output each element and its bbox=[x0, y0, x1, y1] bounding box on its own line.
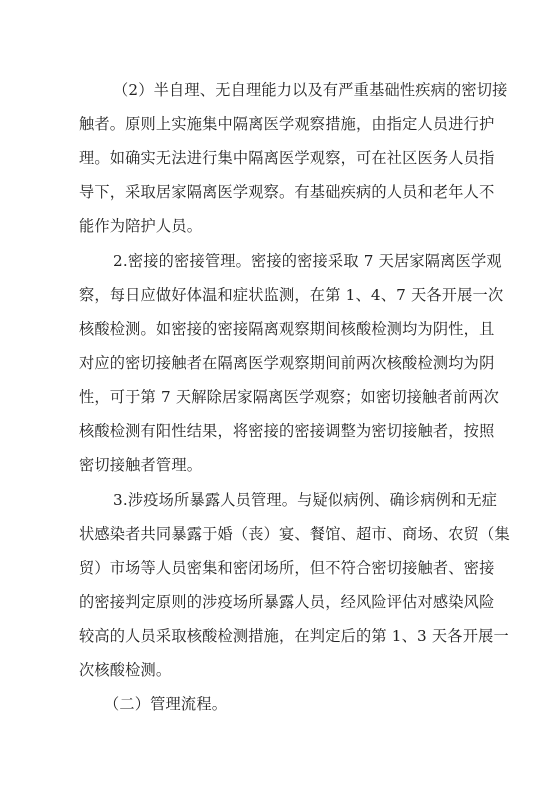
text-line: 状感染者共同暴露于婚（丧）宴、餐馆、超市、商场、农贸（集 bbox=[79, 524, 481, 544]
text-line: 较高的人员采取核酸检测措施，在判定后的第 1、3 天各开展一 bbox=[79, 626, 481, 646]
text-line: 性，可于第 7 天解除居家隔离医学观察；如密切接触者前两次 bbox=[79, 387, 481, 407]
text-line: 的密接判定原则的涉疫场所暴露人员，经风险评估对感染风险 bbox=[79, 592, 481, 612]
document-page: （2）半自理、无自理能力以及有严重基础性疾病的密切接 触者。原则上实施集中隔离医… bbox=[0, 0, 559, 793]
text-line: 2.密接的密接管理。密接的密接采取 7 天居家隔离医学观 bbox=[113, 251, 481, 271]
text-line: 密切接触者管理。 bbox=[79, 455, 481, 475]
section-heading: （二）管理流程。 bbox=[104, 694, 472, 714]
text-line: 理。如确实无法进行集中隔离医学观察，可在社区医务人员指 bbox=[79, 148, 481, 168]
text-line: 能作为陪护人员。 bbox=[79, 216, 481, 236]
text-line: 对应的密切接触者在隔离医学观察期间前两次核酸检测均为阴 bbox=[79, 353, 481, 373]
text-line: 核酸检测有阳性结果，将密接的密接调整为密切接触者，按照 bbox=[79, 421, 481, 441]
text-line: 次核酸检测。 bbox=[79, 660, 481, 680]
text-line: 导下，采取居家隔离医学观察。有基础疾病的人员和老年人不 bbox=[79, 182, 481, 202]
text-line: （2）半自理、无自理能力以及有严重基础性疾病的密切接 bbox=[113, 80, 481, 100]
text-line: 察，每日应做好体温和症状监测，在第 1、4、7 天各开展一次 bbox=[79, 285, 481, 305]
text-line: 核酸检测。如密接的密接隔离观察期间核酸检测均为阴性，且 bbox=[79, 319, 481, 339]
text-line: 触者。原则上实施集中隔离医学观察措施，由指定人员进行护 bbox=[79, 114, 481, 134]
text-line: 3.涉疫场所暴露人员管理。与疑似病例、确诊病例和无症 bbox=[113, 490, 481, 510]
text-line: 贸）市场等人员密集和密闭场所，但不符合密切接触者、密接 bbox=[79, 558, 481, 578]
